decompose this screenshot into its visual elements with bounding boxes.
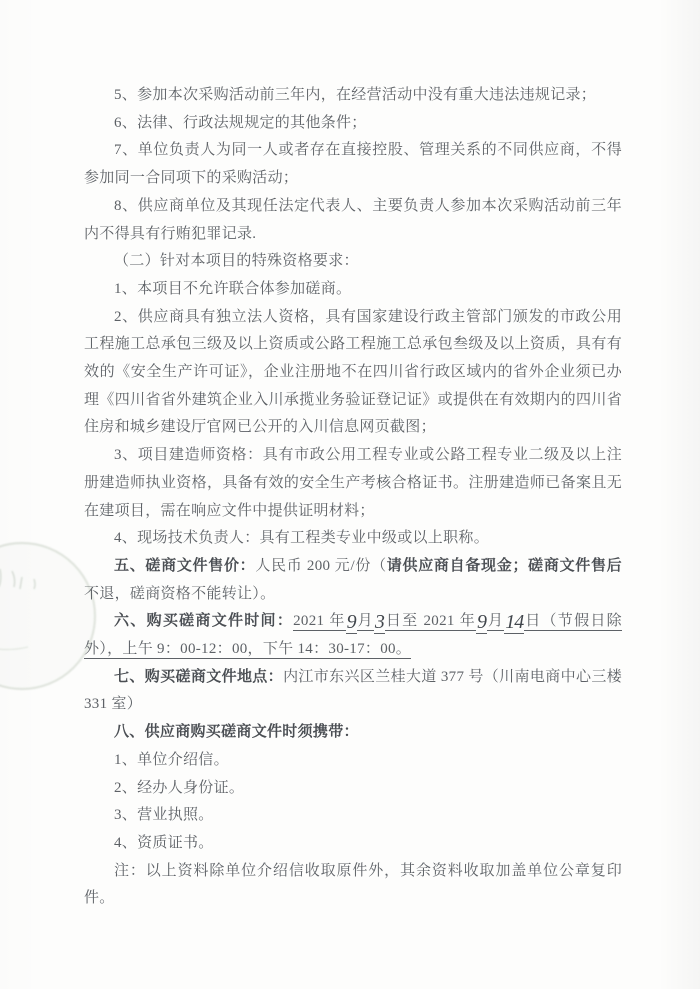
handwritten-date: 9	[476, 611, 487, 634]
text-segment: 不退，磋商资格不能转让）。	[84, 586, 275, 602]
text-segment: 日至 2021 年	[385, 613, 476, 631]
text-segment: 六、购买磋商文件时间：	[114, 613, 293, 629]
paragraph-13: 八、供应商购买磋商文件时须携带：	[84, 719, 622, 747]
paragraph-14: 1、单位介绍信。	[84, 747, 622, 775]
paragraph-6: 1、本项目不允许联合体参加磋商。	[84, 276, 622, 304]
paragraph-17: 4、资质证书。	[84, 830, 622, 858]
text-segment: 6、法律、行政法规规定的其他条件；	[114, 115, 367, 131]
text-segment: （二）针对本项目的特殊资格要求：	[114, 253, 359, 269]
handwritten-date: 9	[346, 611, 357, 634]
text-segment: 请供应商自备现金；磋商文件售后	[387, 558, 622, 574]
text-segment: 4、现场技术负责人：具有工程类专业中级或以上职称。	[114, 530, 489, 546]
text-segment: 1、本项目不允许联合体参加磋商。	[114, 281, 351, 297]
paragraph-2: 6、法律、行政法规规定的其他条件；	[84, 110, 622, 138]
handwritten-date: 14	[504, 611, 524, 634]
paragraph-3: 7、单位负责人为同一人或者存在直接控股、管理关系的不同供应商，不得参加同一合同项…	[84, 137, 622, 192]
text-segment: 月	[357, 613, 374, 631]
paragraph-1: 5、参加本次采购活动前三年内，在经营活动中没有重大违法违规记录；	[84, 82, 622, 110]
text-segment: 七、购买磋商文件地点：	[114, 669, 283, 685]
text-segment: 4、资质证书。	[114, 835, 214, 851]
paragraph-5: （二）针对本项目的特殊资格要求：	[84, 248, 622, 276]
document-page: 5、参加本次采购活动前三年内，在经营活动中没有重大违法违规记录；6、法律、行政法…	[0, 0, 700, 989]
text-segment: 8、供应商单位及其现任法定代表人、主要负责人参加本次采购活动前三年内不得具有行贿…	[84, 198, 622, 242]
text-segment: 注：以上资料除单位介绍信收取原件外，其余资料收取加盖单位公章复印件。	[84, 863, 622, 907]
text-segment: 五、磋商文件售价：	[114, 558, 255, 574]
paragraph-16: 3、营业执照。	[84, 802, 622, 830]
text-segment: 3、项目建造师资格：具有市政公用工程专业或公路工程专业二级及以上注册建造师执业资…	[84, 447, 622, 518]
paragraph-9: 4、现场技术负责人：具有工程类专业中级或以上职称。	[84, 525, 622, 553]
paragraph-8: 3、项目建造师资格：具有市政公用工程专业或公路工程专业二级及以上注册建造师执业资…	[84, 442, 622, 525]
text-segment: 人民币 200 元/份（	[255, 558, 386, 574]
paragraph-12: 七、购买磋商文件地点：内江市东兴区兰桂大道 377 号（川南电商中心三楼 331…	[84, 664, 622, 719]
paragraph-15: 2、经办人身份证。	[84, 775, 622, 803]
text-segment: 7、单位负责人为同一人或者存在直接控股、管理关系的不同供应商，不得参加同一合同项…	[84, 142, 622, 186]
text-segment: 月	[487, 613, 504, 631]
text-segment: 1、单位介绍信。	[114, 752, 229, 768]
text-segment: 5、参加本次采购活动前三年内，在经营活动中没有重大违法违规记录；	[114, 87, 596, 103]
text-segment: 2、经办人身份证。	[114, 780, 244, 796]
paragraph-7: 2、供应商具有独立法人资格，具有国家建设行政主管部门颁发的市政公用工程施工总承包…	[84, 304, 622, 443]
text-segment: 2、供应商具有独立法人资格，具有国家建设行政主管部门颁发的市政公用工程施工总承包…	[84, 309, 622, 436]
paragraph-11: 六、购买磋商文件时间：2021 年9月3日至 2021 年9月14日（节假日除外…	[84, 608, 622, 663]
paragraph-10: 五、磋商文件售价：人民币 200 元/份（请供应商自备现金；磋商文件售后不退，磋…	[84, 553, 622, 608]
document-body: 5、参加本次采购活动前三年内，在经营活动中没有重大违法违规记录；6、法律、行政法…	[84, 82, 622, 913]
text-segment: 3、营业执照。	[114, 807, 214, 823]
paragraph-4: 8、供应商单位及其现任法定代表人、主要负责人参加本次采购活动前三年内不得具有行贿…	[84, 193, 622, 248]
text-segment: 八、供应商购买磋商文件时须携带：	[114, 724, 359, 740]
handwritten-date: 3	[374, 611, 385, 634]
text-segment: 2021 年	[293, 613, 346, 631]
paragraph-18: 注：以上资料除单位介绍信收取原件外，其余资料收取加盖单位公章复印件。	[84, 858, 622, 913]
